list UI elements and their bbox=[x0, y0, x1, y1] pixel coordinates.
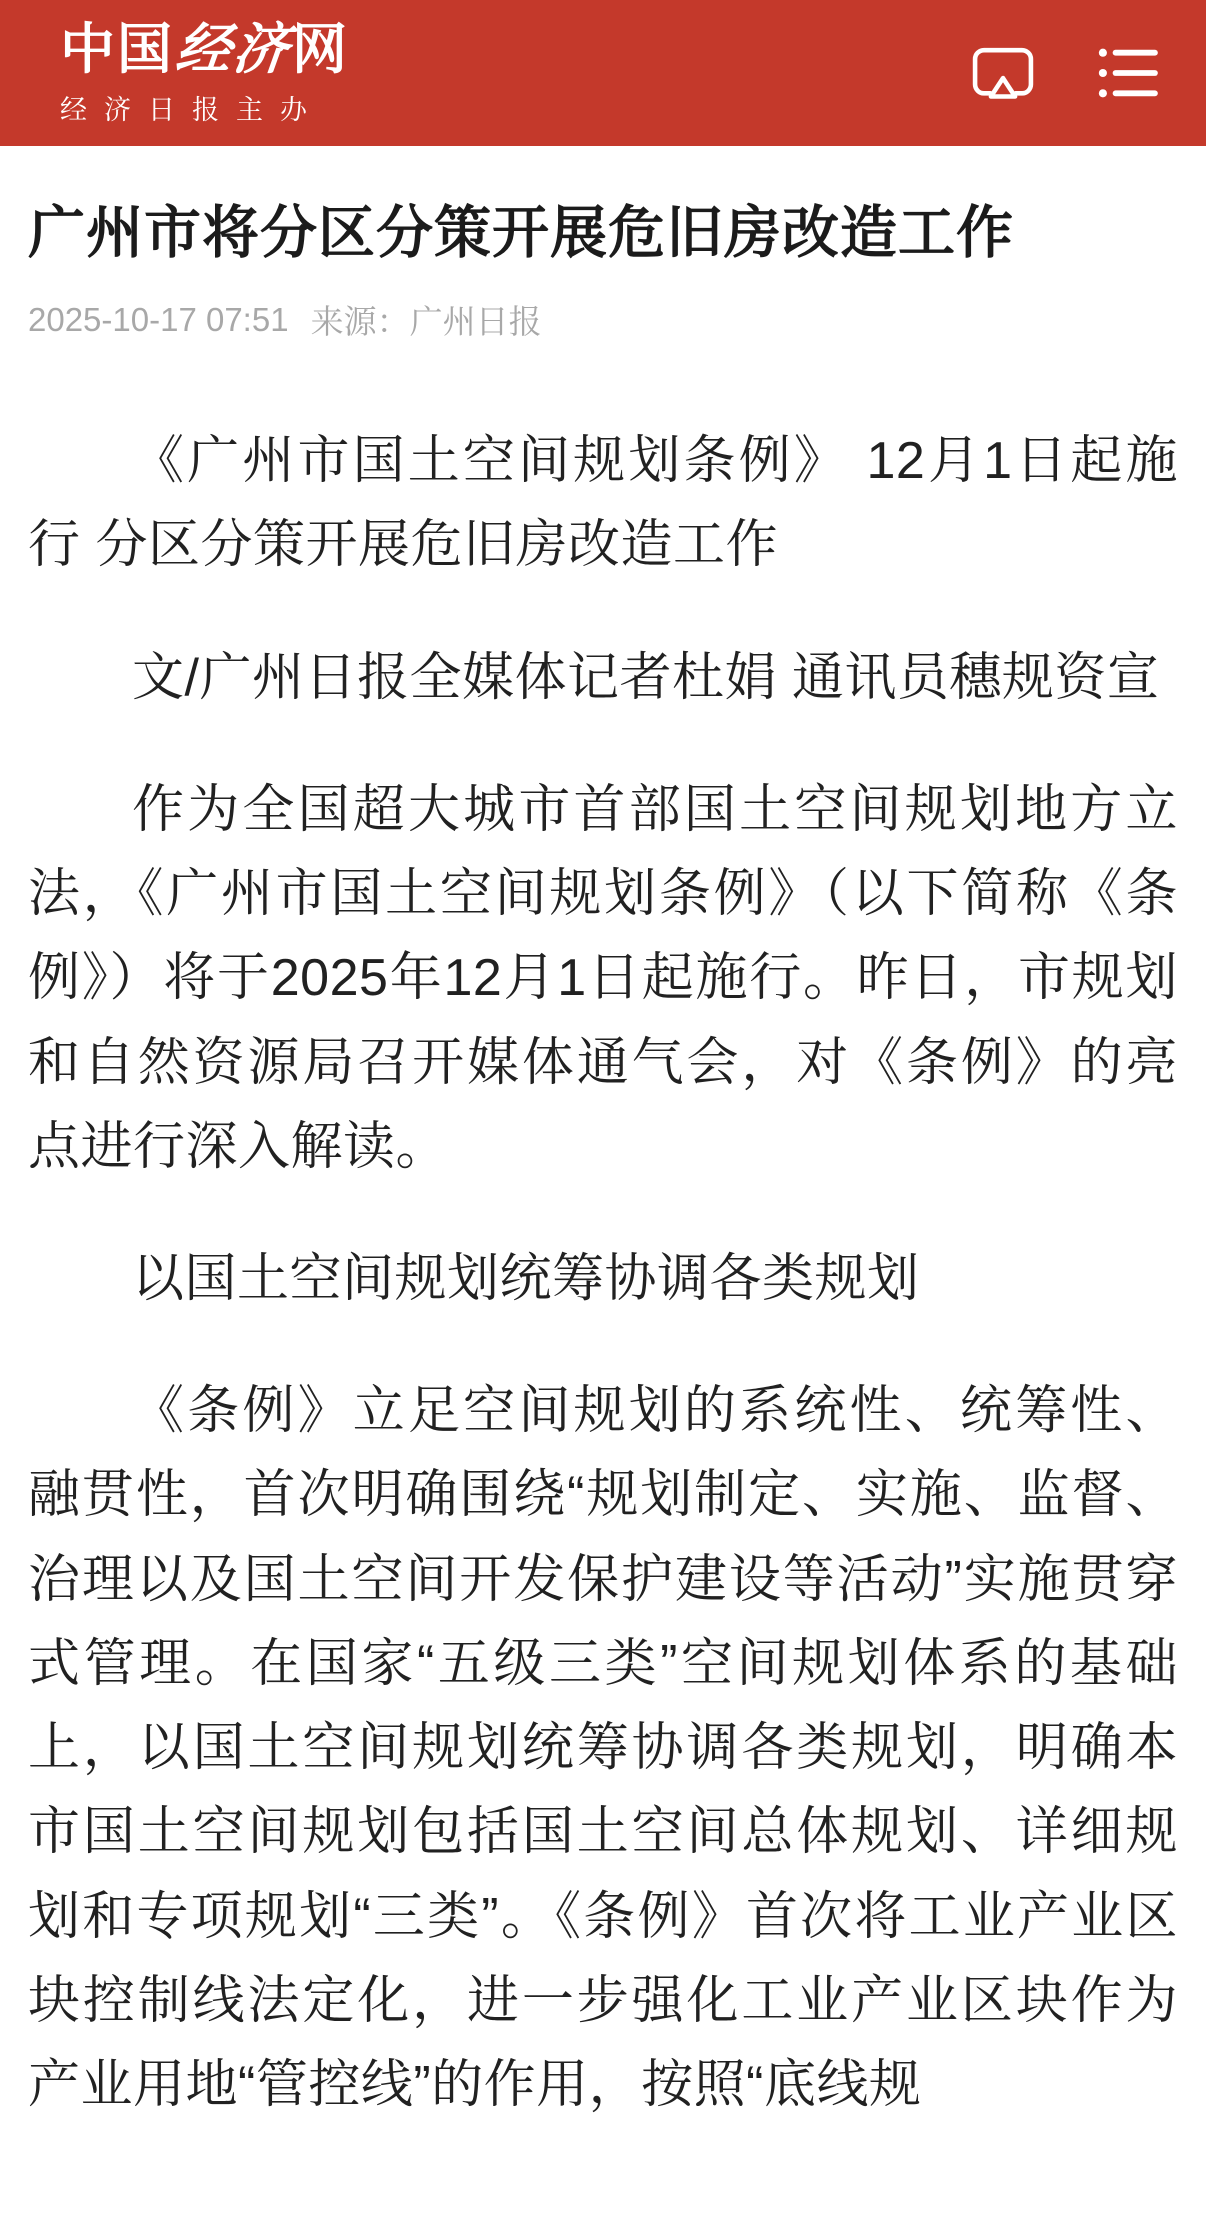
paragraph-detail: 《条例》立足空间规划的系统性、统筹性、融贯性，首次明确围绕“规划制定、实施、监督… bbox=[28, 1369, 1178, 2127]
site-logo-subtitle: 经济日报主办 bbox=[60, 88, 366, 127]
article-title: 广州市将分区分策开展危旧房改造工作 bbox=[28, 196, 1178, 270]
logo-text-wang: 网 bbox=[292, 19, 349, 80]
header-actions bbox=[970, 40, 1160, 106]
article-body: 《广州市国土空间规划条例》 12月1日起施行 分区分策开展危旧房改造工作 文/广… bbox=[28, 419, 1178, 2127]
site-logo[interactable]: 中国经济网 经济日报主办 bbox=[60, 19, 349, 128]
logo-text-jingji: 经济 bbox=[171, 20, 295, 81]
screencast-icon[interactable] bbox=[970, 40, 1036, 106]
publish-datetime: 2025-10-17 07:51 bbox=[28, 301, 289, 339]
paragraph-subheading: 以国土空间规划统筹协调各类规划 bbox=[28, 1237, 1178, 1321]
paragraph-lead: 《广州市国土空间规划条例》 12月1日起施行 分区分策开展危旧房改造工作 bbox=[28, 419, 1178, 587]
paragraph-byline: 文/广州日报全媒体记者杜娟 通讯员穗规资宣 bbox=[28, 636, 1178, 720]
article-page: 广州市将分区分策开展危旧房改造工作 2025-10-17 07:51 来源：广州… bbox=[0, 196, 1206, 2127]
list-menu-icon[interactable] bbox=[1094, 40, 1160, 106]
app-header: 中国经济网 经济日报主办 bbox=[0, 0, 1206, 146]
paragraph-intro: 作为全国超大城市首部国土空间规划地方立法，《广州市国土空间规划条例》（以下简称《… bbox=[28, 768, 1178, 1189]
article-source: 来源：广州日报 bbox=[311, 296, 542, 343]
logo-text-zhongguo: 中国 bbox=[60, 19, 174, 80]
article-meta: 2025-10-17 07:51 来源：广州日报 bbox=[28, 296, 1178, 343]
site-logo-title: 中国经济网 bbox=[60, 19, 349, 81]
